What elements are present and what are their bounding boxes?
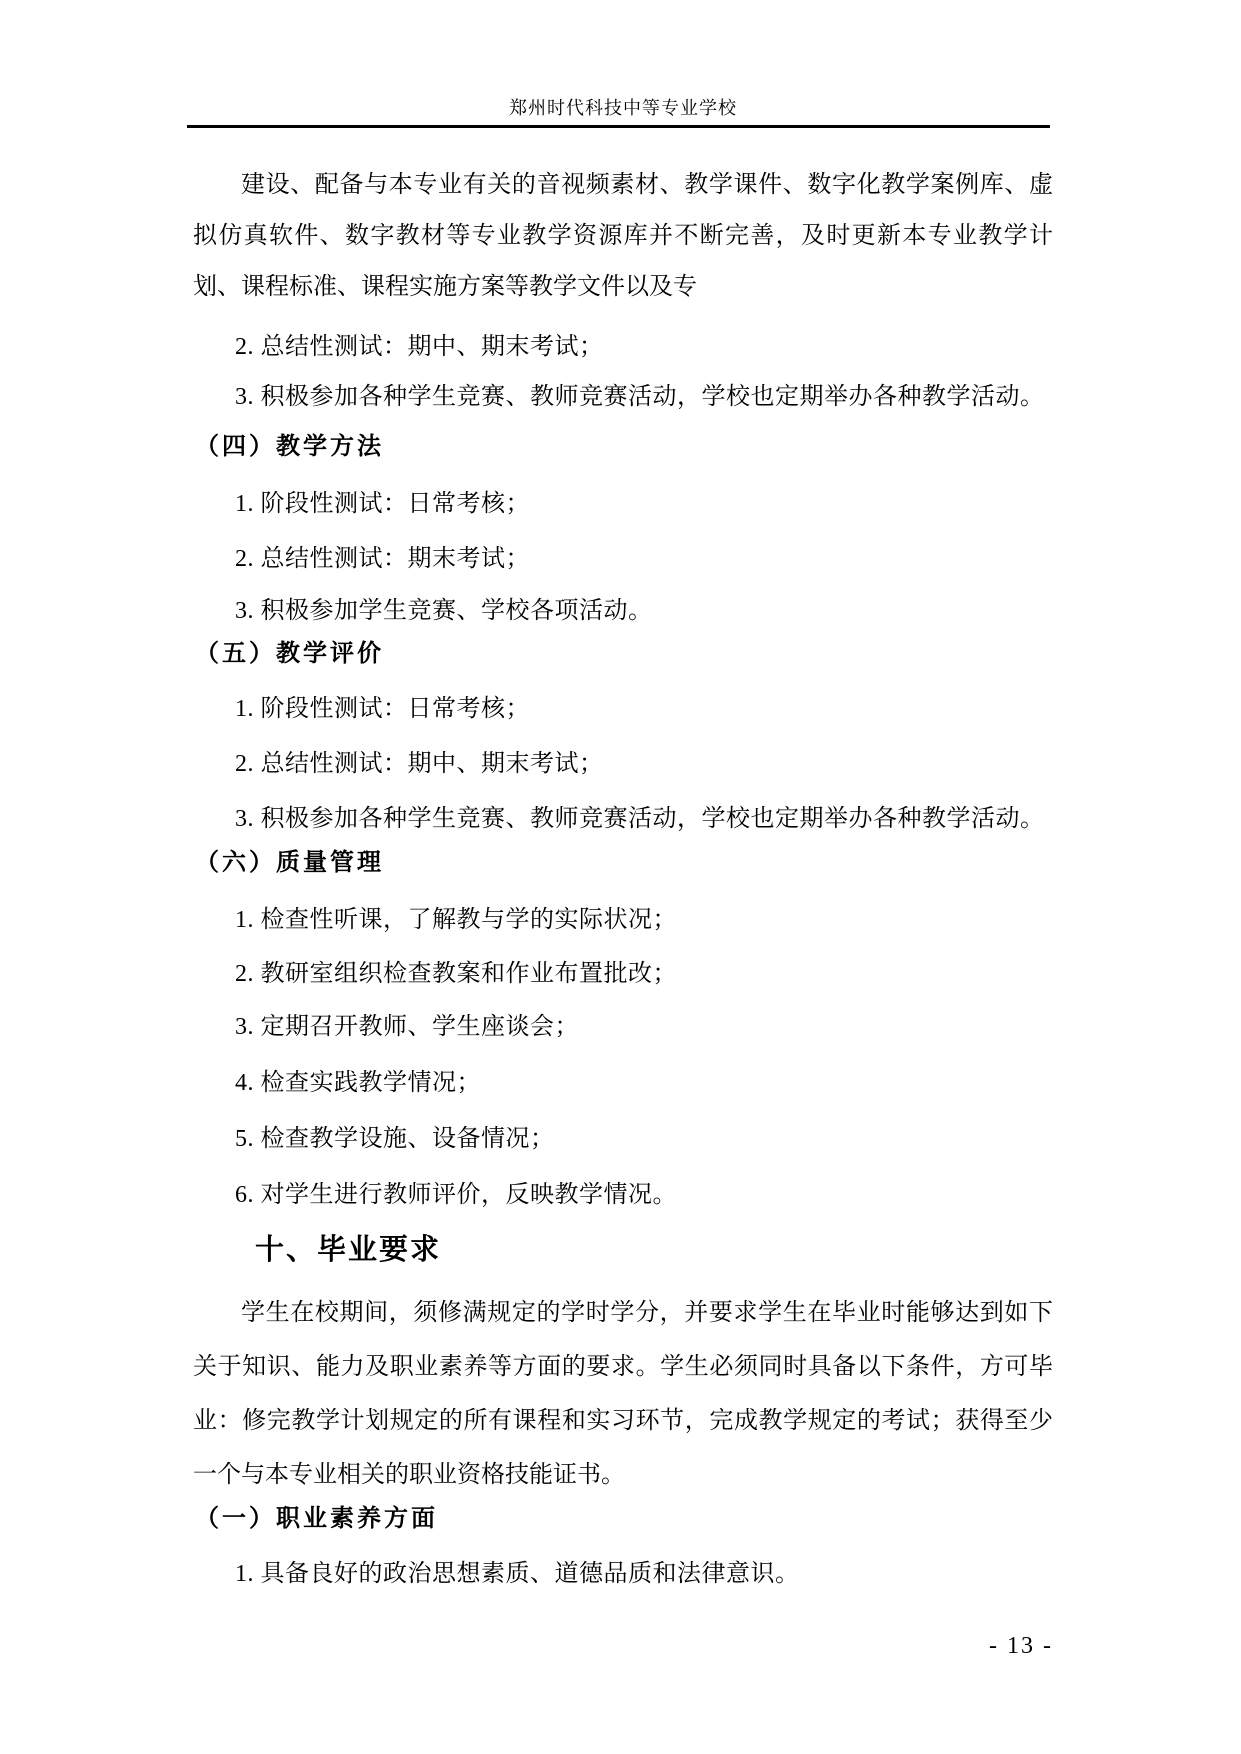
list-item-summary-test-midterm: 2. 总结性测试：期中、期末考试； [193, 322, 1095, 373]
list-item-symposium: 3. 定期召开教师、学生座谈会； [193, 1002, 1095, 1053]
section-heading-teaching-methods: （四）教学方法 [193, 422, 1055, 473]
section-heading-professional-quality: （一）职业素养方面 [193, 1494, 1055, 1545]
list-item-practice-teaching-check: 4. 检查实践教学情况； [193, 1058, 1095, 1109]
header-rule [187, 125, 1050, 128]
list-item-facilities-check: 5. 检查教学设施、设备情况； [193, 1114, 1095, 1165]
list-item-inspection-listening: 1. 检查性听课，了解教与学的实际状况； [193, 895, 1095, 946]
list-item-competitions: 3. 积极参加各种学生竞赛、教师竞赛活动，学校也定期举办各种教学活动。 [193, 372, 1095, 423]
intro-paragraph: 建设、配备与本专业有关的音视频素材、教学课件、数字化教学案例库、虚拟仿真软件、数… [193, 160, 1053, 313]
list-item-summary-test-2: 2. 总结性测试：期中、期末考试； [193, 739, 1095, 790]
document-page: 郑州时代科技中等专业学校 建设、配备与本专业有关的音视频素材、教学课件、数字化教… [0, 0, 1241, 1754]
list-item-stage-test: 1. 阶段性测试：日常考核； [193, 479, 1095, 530]
list-item-teacher-evaluation: 6. 对学生进行教师评价，反映教学情况。 [193, 1170, 1095, 1221]
list-item-stage-test-2: 1. 阶段性测试：日常考核； [193, 684, 1095, 735]
page-number: - 13 - [193, 1631, 1053, 1661]
graduation-paragraph: 学生在校期间，须修满规定的学时学分，并要求学生在毕业时能够达到如下关于知识、能力… [193, 1286, 1053, 1502]
page-header-school-name: 郑州时代科技中等专业学校 [193, 95, 1053, 121]
section-heading-teaching-evaluation: （五）教学评价 [193, 629, 1055, 680]
list-item-political-quality: 1. 具备良好的政治思想素质、道德品质和法律意识。 [193, 1549, 1095, 1600]
chapter-heading-graduation-requirements: 十、毕业要求 [193, 1222, 1115, 1278]
list-item-final-test: 2. 总结性测试：期末考试； [193, 534, 1095, 585]
section-heading-quality-management: （六）质量管理 [193, 838, 1055, 889]
list-item-lesson-plan-check: 2. 教研室组织检查教案和作业布置批改； [193, 949, 1095, 1000]
